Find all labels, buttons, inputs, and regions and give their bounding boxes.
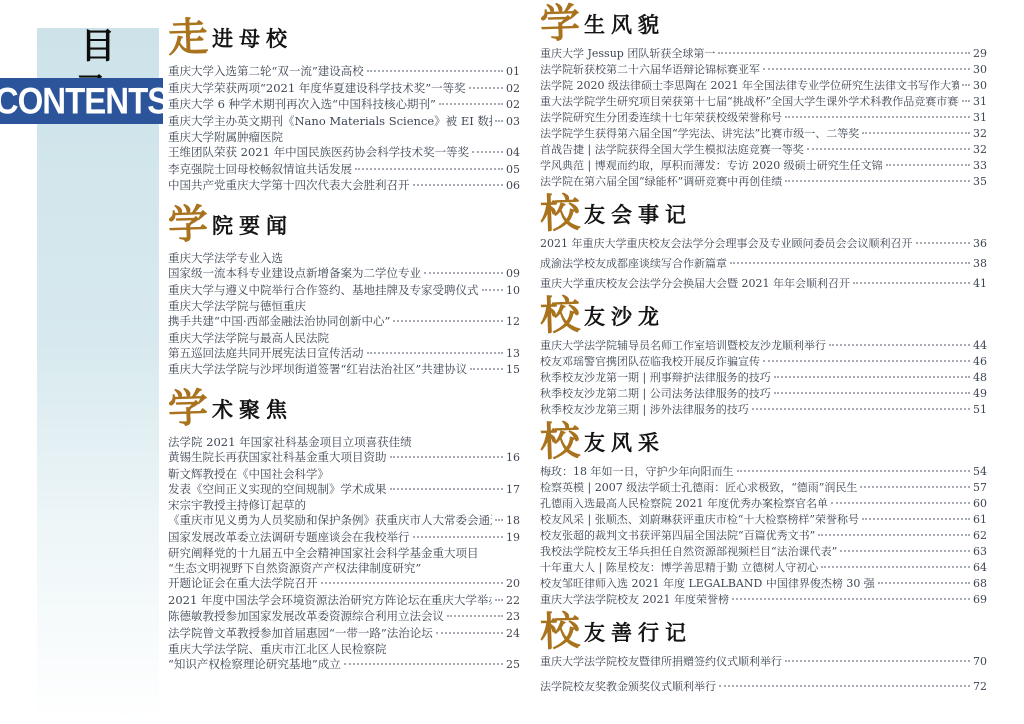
page-number: 16 bbox=[506, 450, 520, 465]
toc-entry-title: 重庆大学法学院辅导员名师工作室培训暨校友沙龙顺利举行 bbox=[540, 340, 826, 352]
dot-leader bbox=[821, 565, 970, 568]
section-header-initial: 校 bbox=[539, 195, 580, 232]
dot-leader bbox=[763, 67, 970, 70]
page-number: 15 bbox=[506, 362, 520, 377]
toc-entry[interactable]: 法学院斩获校第二十六届华语辩论锦标赛亚军 30 bbox=[540, 64, 987, 76]
page-number: 32 bbox=[973, 128, 987, 140]
dot-leader bbox=[470, 367, 503, 370]
toc-entry-title: 重庆大学入选第二轮“双一流”建设高校 bbox=[168, 64, 364, 79]
toc-entry[interactable]: 重庆大学 Jessup 团队斩获全球第一 29 bbox=[540, 48, 987, 60]
page-number: 20 bbox=[506, 576, 520, 591]
toc-entry-title: 国家发展改革委立法调研专题座谈会在我校举行 bbox=[168, 530, 410, 545]
dot-leader bbox=[862, 517, 970, 520]
dot-leader bbox=[853, 281, 970, 284]
toc-entry[interactable]: 重庆大学入选第二轮“双一流”建设高校 01 bbox=[168, 64, 520, 79]
dot-leader bbox=[472, 150, 503, 153]
page-number: 01 bbox=[506, 64, 520, 79]
page-number: 41 bbox=[973, 278, 987, 290]
section-header-initial: 学 bbox=[167, 390, 208, 427]
section-header: 学 院要闻 bbox=[168, 207, 520, 243]
page-number: 33 bbox=[973, 160, 987, 172]
dot-leader bbox=[469, 86, 503, 89]
page-number: 22 bbox=[506, 593, 520, 608]
dot-leader bbox=[732, 597, 970, 600]
toc-entry[interactable]: 研究阐释党的十九届五中全会精神国家社会科学基金重大项目“生态文明视野下自然资源资… bbox=[168, 546, 520, 591]
toc-entry[interactable]: 李克强院士回母校畅叙情谊共话发展 05 bbox=[168, 162, 520, 177]
dot-leader bbox=[818, 533, 970, 536]
page-number: 64 bbox=[973, 562, 987, 574]
page-number: 60 bbox=[973, 498, 987, 510]
dot-leader bbox=[840, 549, 970, 552]
section-header-initial: 学 bbox=[539, 5, 580, 42]
toc-entry[interactable]: 法学院在第六届全国“绿能杯”调研竞赛中再创佳绩 35 bbox=[540, 176, 987, 188]
page-number: 18 bbox=[506, 513, 520, 528]
toc-entry[interactable]: 法学院 2020 级法律硕士李思陶在 2021 年全国法律专业学位研究生法律文书… bbox=[540, 80, 987, 92]
toc-entry[interactable]: 我校法学院校友王华兵担任自然资源部视频栏目“法治课代表” 63 bbox=[540, 546, 987, 558]
toc-entry-line: 重庆大学法学院与最高人民法院 bbox=[168, 331, 520, 346]
toc-entry-title: 法学院曾文革教授参加首届惠园“一带一路”法治论坛 bbox=[168, 626, 433, 641]
dot-leader bbox=[436, 631, 503, 634]
toc-entry-title: 国家级一流本科专业建设点新增备案为二学位专业 bbox=[168, 266, 421, 281]
page-number: 31 bbox=[973, 96, 987, 108]
toc-entry-title: 重大法学院学生研究项目荣获第十七届“挑战杯”全国大学生课外学术科教作品竞赛市赛特… bbox=[540, 96, 959, 108]
dot-leader bbox=[482, 288, 504, 291]
toc-entry[interactable]: 检察英模 | 2007 级法学硕士孔德雨：匠心求极致，“德雨”润民生 57 bbox=[540, 482, 987, 494]
toc-entry-title: 十年重大人 | 陈星校友：博学善思精于勤 立德树人守初心 bbox=[540, 562, 818, 574]
section-header: 校 友善行记 bbox=[540, 614, 987, 650]
toc-entry[interactable]: 靳文辉教授在《中国社会科学》 发表《空间正义实现的空间规制》学术成果 17 bbox=[168, 467, 520, 497]
section-header-initial: 校 bbox=[539, 297, 580, 334]
dot-leader bbox=[424, 271, 503, 274]
toc-column-left: 走 进母校 重庆大学入选第二轮“双一流”建设高校 01 重庆大学荣获两项“202… bbox=[168, 20, 520, 674]
section-header-initial: 校 bbox=[539, 613, 580, 650]
toc-entry-line: “生态文明视野下自然资源资产产权法律制度研究” bbox=[168, 561, 520, 576]
page-number: 31 bbox=[973, 112, 987, 124]
section-header-label: 进母校 bbox=[208, 23, 293, 56]
section-header: 校 友会事记 bbox=[540, 196, 987, 232]
toc-entry-title: 校友风采 | 张顺杰、刘蔚琳获评重庆市检“十大检察榜样”荣誉称号 bbox=[540, 514, 859, 526]
dot-leader bbox=[962, 83, 970, 86]
section-entries: 法学院 2021 年国家社科基金项目立项喜获佳绩 黄锡生院长再获国家社科基金重大… bbox=[168, 435, 520, 672]
dot-leader bbox=[439, 102, 503, 105]
toc-entry-title: 王维团队荣获 2021 年中国民族医药协会科学技术奖一等奖 bbox=[168, 145, 469, 160]
toc-entry-title: 秋季校友沙龙第一期 | 刑事辩护法律服务的技巧 bbox=[540, 372, 771, 384]
toc-entry-title: 陈德敏教授参加国家发展改革委资源综合利用立法会议 bbox=[168, 609, 444, 624]
toc-entry[interactable]: 重庆大学法学院校友暨律所捐赠签约仪式顺利举行 70 bbox=[540, 656, 987, 668]
toc-entry-line: 宋宗宇教授主持修订起草的 bbox=[168, 498, 520, 513]
section-xueyuanyaowen: 学 院要闻 重庆大学法学专业入选 国家级一流本科专业建设点新增备案为二学位专业 … bbox=[168, 207, 520, 377]
dot-leader bbox=[916, 241, 971, 244]
page-number: 23 bbox=[506, 609, 520, 624]
page-number: 05 bbox=[506, 162, 520, 177]
dot-leader bbox=[860, 485, 970, 488]
section-header-label: 生风貌 bbox=[580, 9, 665, 42]
toc-entry[interactable]: 秋季校友沙龙第二期 | 公司法务法律服务的技巧 49 bbox=[540, 388, 987, 400]
toc-entry[interactable]: 重庆大学法学院与最高人民法院 第五巡回法庭共同开展宪法日宣传活动 13 bbox=[168, 331, 520, 361]
page-number: 30 bbox=[973, 80, 987, 92]
toc-entry-title: 秋季校友沙龙第三期 | 涉外法律服务的技巧 bbox=[540, 404, 749, 416]
toc-entry[interactable]: 重庆大学法学院校友 2021 年度荣誉榜 69 bbox=[540, 594, 987, 606]
toc-entry-title: 校友邓瑶警官携团队莅临我校开展反诈骗宣传 bbox=[540, 356, 760, 368]
toc-entry[interactable]: 首战告捷 | 法学院获得全国大学生模拟法庭竞赛一等奖 32 bbox=[540, 144, 987, 156]
page-number: 29 bbox=[973, 48, 987, 60]
toc-entry-line: 重庆大学附属肿瘤医院 bbox=[168, 130, 520, 145]
dot-leader bbox=[807, 147, 970, 150]
toc-entry-line: 重庆大学法学院、重庆市江北区人民检察院 bbox=[168, 642, 520, 657]
section-entries: 重庆大学 Jessup 团队斩获全球第一 29 法学院斩获校第二十六届华语辩论锦… bbox=[540, 48, 987, 188]
page-number: 51 bbox=[973, 404, 987, 416]
dot-leader bbox=[737, 469, 971, 472]
dot-leader bbox=[774, 375, 970, 378]
section-header-label: 术聚焦 bbox=[208, 394, 293, 427]
dot-leader bbox=[344, 662, 503, 665]
dot-leader bbox=[829, 343, 970, 346]
toc-entry[interactable]: 2021 年重庆大学重庆校友会法学分会理事会及专业顾问委员会会议顺利召开 36 bbox=[540, 238, 987, 250]
section-header-initial: 学 bbox=[167, 206, 208, 243]
toc-entry[interactable]: 秋季校友沙龙第一期 | 刑事辩护法律服务的技巧 48 bbox=[540, 372, 987, 384]
section-header-initial: 走 bbox=[167, 19, 208, 56]
toc-entry-title: 开题论证会在重大法学院召开 bbox=[168, 576, 318, 591]
toc-entry-title: 重庆大学荣获两项“2021 年度华夏建设科学技术奖”一等奖 bbox=[168, 81, 466, 96]
page-number: 02 bbox=[506, 81, 520, 96]
page-number: 46 bbox=[973, 356, 987, 368]
toc-entry[interactable]: 十年重大人 | 陈星校友：博学善思精于勤 立德树人守初心 64 bbox=[540, 562, 987, 574]
page-number: 68 bbox=[973, 578, 987, 590]
toc-entry-title: 携手共建“中国·西部金融法治协同创新中心” bbox=[168, 314, 390, 329]
toc-entry[interactable]: 重庆大学 6 种学术期刊再次入选“中国科技核心期刊” 02 bbox=[168, 97, 520, 112]
toc-entry[interactable]: 法学院研究生分团委连续十七年荣获校级荣誉称号 31 bbox=[540, 112, 987, 124]
page-number: 04 bbox=[506, 145, 520, 160]
toc-entry[interactable]: 中国共产党重庆大学第十四次代表大会胜利召开 06 bbox=[168, 178, 520, 193]
toc-entry[interactable]: 法学院 2021 年国家社科基金项目立项喜获佳绩 黄锡生院长再获国家社科基金重大… bbox=[168, 435, 520, 465]
page-number: 62 bbox=[973, 530, 987, 542]
dot-leader bbox=[719, 684, 970, 687]
toc-entry-title: “知识产权检察理论研究基地”成立 bbox=[168, 657, 341, 672]
toc-entry-line: 法学院 2021 年国家社科基金项目立项喜获佳绩 bbox=[168, 435, 520, 450]
dot-leader bbox=[785, 179, 970, 182]
toc-entry-title: 梅玫：18 年如一日，守护少年向阳而生 bbox=[540, 466, 734, 478]
dot-leader bbox=[962, 99, 970, 102]
section-xiaoyouhuishiji: 校 友会事记 2021 年重庆大学重庆校友会法学分会理事会及专业顾问委员会会议顺… bbox=[540, 196, 987, 290]
toc-entry-title: 发表《空间正义实现的空间规制》学术成果 bbox=[168, 482, 387, 497]
section-zoujinmuxiao: 走 进母校 重庆大学入选第二轮“双一流”建设高校 01 重庆大学荣获两项“202… bbox=[168, 20, 520, 193]
toc-entry[interactable]: 重庆大学与遵义中院举行合作签约、基地挂牌及专家受聘仪式 10 bbox=[168, 283, 520, 298]
dot-leader bbox=[355, 167, 503, 170]
page-number: 54 bbox=[973, 466, 987, 478]
dot-leader bbox=[447, 614, 503, 617]
page-number: 30 bbox=[973, 64, 987, 76]
page-number: 24 bbox=[506, 626, 520, 641]
toc-entry[interactable]: 校友张超的裁判文书获评第四届全国法院“百篇优秀文书” 62 bbox=[540, 530, 987, 542]
page-number: 06 bbox=[506, 178, 520, 193]
toc-entry[interactable]: 宋宗宇教授主持修订起草的 《重庆市见义勇为人员奖励和保护条例》获重庆市人大常委会… bbox=[168, 498, 520, 528]
toc-entry[interactable]: 重庆大学法学院与沙坪坝街道签署“红岩法治社区”共建协议 15 bbox=[168, 362, 520, 377]
left-rail-panel bbox=[37, 28, 159, 724]
page-number: 02 bbox=[506, 97, 520, 112]
toc-entry[interactable]: 梅玫：18 年如一日，守护少年向阳而生 54 bbox=[540, 466, 987, 478]
toc-entry-title: 校友邹旺律师入选 2021 年度 LEGALBAND 中国律界俊杰榜 30 强 bbox=[540, 578, 875, 590]
section-xiaoyoushanxingji: 校 友善行记 重庆大学法学院校友暨律所捐赠签约仪式顺利举行 70 法学院校友奖教… bbox=[540, 614, 987, 693]
dot-leader bbox=[718, 51, 970, 54]
page-number: 35 bbox=[973, 176, 987, 188]
section-xiaoyoufengcai: 校 友风采 梅玫：18 年如一日，守护少年向阳而生 54 检察英模 | 2007… bbox=[540, 424, 987, 606]
toc-entry-title: 2021 年度中国法学会环境资源法治研究方阵论坛在重庆大学举办 bbox=[168, 593, 492, 608]
toc-entry[interactable]: 国家发展改革委立法调研专题座谈会在我校举行 19 bbox=[168, 530, 520, 545]
toc-entry[interactable]: 法学院曾文革教授参加首届惠园“一带一路”法治论坛 24 bbox=[168, 626, 520, 641]
toc-entry-line: 重庆大学法学院与德恒重庆 bbox=[168, 299, 520, 314]
dot-leader bbox=[393, 319, 503, 322]
dot-leader bbox=[886, 163, 970, 166]
page-number: 44 bbox=[973, 340, 987, 352]
section-header-label: 友沙龙 bbox=[580, 301, 665, 334]
toc-entry[interactable]: 孔德雨入选最高人民检察院 2021 年度优秀办案检察官名单 60 bbox=[540, 498, 987, 510]
toc-entry-title: 重庆大学法学院校友暨律所捐赠签约仪式顺利举行 bbox=[540, 656, 782, 668]
toc-entry[interactable]: 成渝法学校友成都座谈续写合作新篇章 38 bbox=[540, 258, 987, 270]
dot-leader bbox=[413, 183, 504, 186]
toc-entry-title: 重庆大学法学院校友 2021 年度荣誉榜 bbox=[540, 594, 729, 606]
dot-leader bbox=[367, 69, 503, 72]
dot-leader bbox=[390, 455, 504, 458]
section-header: 学 术聚焦 bbox=[168, 391, 520, 427]
section-entries: 重庆大学法学专业入选 国家级一流本科专业建设点新增备案为二学位专业 09 重庆大… bbox=[168, 251, 520, 377]
page-number: 25 bbox=[506, 657, 520, 672]
section-header-label: 友善行记 bbox=[580, 617, 692, 650]
dot-leader bbox=[730, 261, 970, 264]
toc-entry[interactable]: 校友邹旺律师入选 2021 年度 LEGALBAND 中国律界俊杰榜 30 强 … bbox=[540, 578, 987, 590]
toc-entry[interactable]: 法学院校友奖教金颁奖仪式顺利举行 72 bbox=[540, 681, 987, 693]
toc-entry-title: 首战告捷 | 法学院获得全国大学生模拟法庭竞赛一等奖 bbox=[540, 144, 804, 156]
toc-entry-title: 法学院斩获校第二十六届华语辩论锦标赛亚军 bbox=[540, 64, 760, 76]
toc-entry[interactable]: 重庆大学附属肿瘤医院 王维团队荣获 2021 年中国民族医药协会科学技术奖一等奖… bbox=[168, 130, 520, 160]
toc-entry[interactable]: 2021 年度中国法学会环境资源法治研究方阵论坛在重庆大学举办 22 bbox=[168, 593, 520, 608]
dot-leader bbox=[495, 119, 503, 122]
toc-entry-title: 重庆大学法学院与沙坪坝街道签署“红岩法治社区”共建协议 bbox=[168, 362, 467, 377]
toc-entry-title: 法学院研究生分团委连续十七年荣获校级荣誉称号 bbox=[540, 112, 782, 124]
toc-entry-title: 法学院学生获得第六届全国“学宪法、讲宪法”比赛市级一、二等奖 bbox=[540, 128, 859, 140]
dot-leader bbox=[763, 359, 970, 362]
toc-entry-line: 靳文辉教授在《中国社会科学》 bbox=[168, 467, 520, 482]
toc-entry-title: 校友张超的裁判文书获评第四届全国法院“百篇优秀文书” bbox=[540, 530, 815, 542]
page-number: 61 bbox=[973, 514, 987, 526]
toc-entry[interactable]: 重庆大学法学院与德恒重庆 携手共建“中国·西部金融法治协同创新中心” 12 bbox=[168, 299, 520, 329]
section-header: 校 友沙龙 bbox=[540, 298, 987, 334]
section-header-label: 友会事记 bbox=[580, 199, 692, 232]
toc-entry-title: 李克强院士回母校畅叙情谊共话发展 bbox=[168, 162, 352, 177]
page-number: 12 bbox=[506, 314, 520, 329]
page-number: 48 bbox=[973, 372, 987, 384]
dot-leader bbox=[878, 581, 970, 584]
section-header: 校 友风采 bbox=[540, 424, 987, 460]
toc-column-right: 学 生风貌 重庆大学 Jessup 团队斩获全球第一 29 法学院斩获校第二十六… bbox=[540, 6, 987, 706]
toc-entry-title: 孔德雨入选最高人民检察院 2021 年度优秀办案检察官名单 bbox=[540, 498, 828, 510]
page-number: 32 bbox=[973, 144, 987, 156]
toc-entry[interactable]: 重大法学院学生研究项目荣获第十七届“挑战杯”全国大学生课外学术科教作品竞赛市赛特… bbox=[540, 96, 987, 108]
dot-leader bbox=[367, 351, 504, 354]
page-number: 49 bbox=[973, 388, 987, 400]
dot-leader bbox=[495, 598, 503, 601]
toc-entry-title: 我校法学院校友王华兵担任自然资源部视频栏目“法治课代表” bbox=[540, 546, 837, 558]
page-number: 38 bbox=[973, 258, 987, 270]
toc-entry-title: 法学院在第六届全国“绿能杯”调研竞赛中再创佳绩 bbox=[540, 176, 782, 188]
page-number: 63 bbox=[973, 546, 987, 558]
section-entries: 重庆大学法学院校友暨律所捐赠签约仪式顺利举行 70 法学院校友奖教金颁奖仪式顺利… bbox=[540, 656, 987, 693]
page-number: 72 bbox=[973, 681, 987, 693]
section-entries: 2021 年重庆大学重庆校友会法学分会理事会及专业顾问委员会会议顺利召开 36 … bbox=[540, 238, 987, 290]
dot-leader bbox=[413, 535, 504, 538]
section-header: 走 进母校 bbox=[168, 20, 520, 56]
toc-entry-title: 中国共产党重庆大学第十四次代表大会胜利召开 bbox=[168, 178, 410, 193]
dot-leader bbox=[785, 659, 970, 662]
section-header-initial: 校 bbox=[539, 423, 580, 460]
page-number: 17 bbox=[506, 482, 520, 497]
dot-leader bbox=[774, 391, 970, 394]
section-xueshengfengmao: 学 生风貌 重庆大学 Jessup 团队斩获全球第一 29 法学院斩获校第二十六… bbox=[540, 6, 987, 188]
dot-leader bbox=[862, 131, 970, 134]
toc-entry-title: 重庆大学 Jessup 团队斩获全球第一 bbox=[540, 48, 715, 60]
toc-entry-title: 重庆大学 6 种学术期刊再次入选“中国科技核心期刊” bbox=[168, 97, 436, 112]
section-header-label: 院要闻 bbox=[208, 210, 293, 243]
dot-leader bbox=[495, 518, 503, 521]
page-number: 09 bbox=[506, 266, 520, 281]
toc-entry-title: 重庆大学重庆校友会法学分会换届大会暨 2021 年年会顺利召开 bbox=[540, 278, 850, 290]
toc-entry-title: 成渝法学校友成都座谈续写合作新篇章 bbox=[540, 258, 727, 270]
toc-entry-title: 法学院校友奖教金颁奖仪式顺利举行 bbox=[540, 681, 716, 693]
toc-entry[interactable]: 法学院学生获得第六届全国“学宪法、讲宪法”比赛市级一、二等奖 32 bbox=[540, 128, 987, 140]
page-number: 36 bbox=[973, 238, 987, 250]
toc-entry[interactable]: 校友邓瑶警官携团队莅临我校开展反诈骗宣传 46 bbox=[540, 356, 987, 368]
page-number: 70 bbox=[973, 656, 987, 668]
section-entries: 重庆大学法学院辅导员名师工作室培训暨校友沙龙顺利举行 44 校友邓瑶警官携团队莅… bbox=[540, 340, 987, 416]
toc-entry[interactable]: 重庆大学法学院、重庆市江北区人民检察院 “知识产权检察理论研究基地”成立 25 bbox=[168, 642, 520, 672]
toc-entry[interactable]: 秋季校友沙龙第三期 | 涉外法律服务的技巧 51 bbox=[540, 404, 987, 416]
toc-entry-title: 法学院 2020 级法律硕士李思陶在 2021 年全国法律专业学位研究生法律文书… bbox=[540, 80, 959, 92]
section-header: 学 生风貌 bbox=[540, 6, 987, 42]
toc-entry-line: 研究阐释党的十九届五中全会精神国家社会科学基金重大项目 bbox=[168, 546, 520, 561]
page-number: 10 bbox=[506, 283, 520, 298]
page-number: 03 bbox=[506, 114, 520, 129]
toc-entry[interactable]: 重庆大学法学专业入选 国家级一流本科专业建设点新增备案为二学位专业 09 bbox=[168, 251, 520, 281]
toc-entry-title: 黄锡生院长再获国家社科基金重大项目资助 bbox=[168, 450, 387, 465]
section-xiaoyoushalong: 校 友沙龙 重庆大学法学院辅导员名师工作室培训暨校友沙龙顺利举行 44 校友邓瑶… bbox=[540, 298, 987, 416]
toc-entry-title: 检察英模 | 2007 级法学硕士孔德雨：匠心求极致，“德雨”润民生 bbox=[540, 482, 857, 494]
page-number: 69 bbox=[973, 594, 987, 606]
toc-entry-title: 重庆大学与遵义中院举行合作签约、基地挂牌及专家受聘仪式 bbox=[168, 283, 479, 298]
dot-leader bbox=[752, 407, 970, 410]
page-title-english: CONTENTS bbox=[0, 80, 168, 123]
toc-entry-line: 重庆大学法学专业入选 bbox=[168, 251, 520, 266]
toc-entry[interactable]: 重庆大学法学院辅导员名师工作室培训暨校友沙龙顺利举行 44 bbox=[540, 340, 987, 352]
toc-entry[interactable]: 校友风采 | 张顺杰、刘蔚琳获评重庆市检“十大检察榜样”荣誉称号 61 bbox=[540, 514, 987, 526]
page-number: 13 bbox=[506, 346, 520, 361]
toc-entry-title: 第五巡回法庭共同开展宪法日宣传活动 bbox=[168, 346, 364, 361]
toc-entry[interactable]: 陈德敏教授参加国家发展改革委资源综合利用立法会议 23 bbox=[168, 609, 520, 624]
toc-entry[interactable]: 重庆大学荣获两项“2021 年度华夏建设科学技术奖”一等奖 02 bbox=[168, 81, 520, 96]
dot-leader bbox=[831, 501, 970, 504]
toc-entry-title: 重庆大学主办英文期刊《Nano Materials Science》被 EI 数… bbox=[168, 114, 492, 129]
toc-entry-title: 学风典范 | 博观而约取，厚积而薄发：专访 2020 级硕士研究生任文锦 bbox=[540, 160, 883, 172]
dot-leader bbox=[785, 115, 970, 118]
toc-entry-title: 2021 年重庆大学重庆校友会法学分会理事会及专业顾问委员会会议顺利召开 bbox=[540, 238, 913, 250]
page-number: 57 bbox=[973, 482, 987, 494]
page-number: 19 bbox=[506, 530, 520, 545]
contents-banner: CONTENTS bbox=[0, 78, 163, 124]
section-header-label: 友风采 bbox=[580, 427, 665, 460]
toc-entry[interactable]: 重庆大学重庆校友会法学分会换届大会暨 2021 年年会顺利召开 41 bbox=[540, 278, 987, 290]
section-entries: 梅玫：18 年如一日，守护少年向阳而生 54 检察英模 | 2007 级法学硕士… bbox=[540, 466, 987, 606]
toc-entry-title: 秋季校友沙龙第二期 | 公司法务法律服务的技巧 bbox=[540, 388, 771, 400]
toc-entry[interactable]: 学风典范 | 博观而约取，厚积而薄发：专访 2020 级硕士研究生任文锦 33 bbox=[540, 160, 987, 172]
section-entries: 重庆大学入选第二轮“双一流”建设高校 01 重庆大学荣获两项“2021 年度华夏… bbox=[168, 64, 520, 193]
toc-entry-title: 《重庆市见义勇为人员奖励和保护条例》获重庆市人大常委会通过 bbox=[168, 513, 492, 528]
toc-entry[interactable]: 重庆大学主办英文期刊《Nano Materials Science》被 EI 数… bbox=[168, 114, 520, 129]
section-xueshujujiao: 学 术聚焦 法学院 2021 年国家社科基金项目立项喜获佳绩 黄锡生院长再获国家… bbox=[168, 391, 520, 672]
dot-leader bbox=[390, 487, 504, 490]
dot-leader bbox=[321, 581, 504, 584]
